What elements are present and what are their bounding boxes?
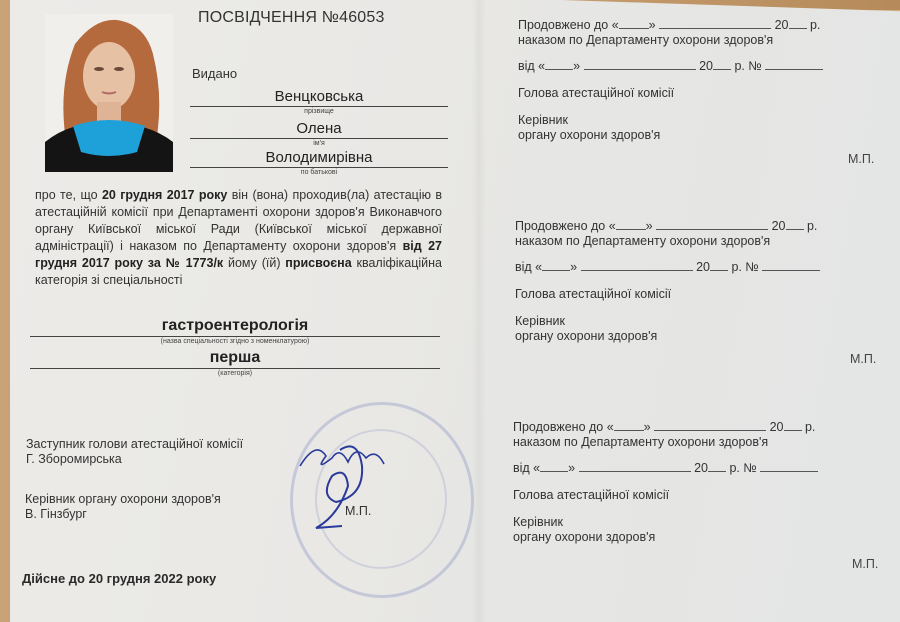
chair-label: Голова атестаційної комісії [515, 287, 845, 302]
extended-to-label: Продовжено до « [513, 420, 614, 434]
certificate-title: ПОСВІДЧЕННЯ №46053 [198, 9, 385, 27]
number-label: р. № [734, 59, 761, 73]
head-label-2: органу охорони здоров'я [515, 329, 845, 344]
extension-1-stamp-place: М.П. [848, 152, 874, 166]
patronymic-caption: по батькові [190, 168, 448, 177]
specialty-caption: (назва спеціальності згідно з номенклату… [30, 337, 440, 347]
first-name-value: Олена [190, 120, 448, 137]
number-blank [762, 259, 820, 271]
assigned-word: присвоєна [285, 256, 351, 270]
valid-until: Дійсне до 20 грудня 2022 року [22, 571, 216, 586]
issued-label: Видано [192, 66, 237, 81]
patronymic-field: Володимирівна по батькові [190, 149, 448, 177]
category-field: перша (категорія) [30, 349, 440, 379]
quote-close: » [646, 219, 653, 233]
number-label: р. № [729, 461, 756, 475]
head-name: В. Гінзбург [25, 507, 221, 522]
chair-label: Голова атестаційної комісії [513, 488, 843, 503]
day-blank [540, 460, 568, 472]
holder-photo [45, 14, 173, 172]
year-prefix: 20 [694, 461, 708, 475]
quote-close: » [568, 461, 575, 475]
year-blank [784, 419, 802, 431]
year-prefix: 20 [772, 219, 786, 233]
year-prefix: 20 [775, 18, 789, 32]
body-part-1: про те, що [35, 188, 102, 202]
extended-to-label: Продовжено до « [518, 18, 619, 32]
year-blank [789, 17, 807, 29]
body-part-3: йому (їй) [223, 256, 285, 270]
portrait-image [45, 14, 173, 172]
from-label: від « [515, 260, 542, 274]
patronymic-value: Володимирівна [190, 149, 448, 166]
specialty-value: гастроентерологія [30, 317, 440, 335]
head-label-2: органу охорони здоров'я [513, 530, 843, 545]
page-fold [472, 0, 486, 622]
extension-2-stamp-place: М.П. [850, 352, 876, 366]
extension-block-2: Продовжено до «» 20 р. наказом по Департ… [515, 218, 845, 344]
quote-close: » [570, 260, 577, 274]
surname-field: Венцковська прізвище [190, 88, 448, 116]
day-blank [616, 218, 646, 230]
head-signatory: Керівник органу охорони здоров'я В. Гінз… [25, 492, 221, 522]
month-blank [654, 419, 766, 431]
order-line: наказом по Департаменту охорони здоров'я [515, 234, 845, 249]
head-title: Керівник органу охорони здоров'я [25, 492, 221, 507]
day-blank [542, 259, 570, 271]
year-blank [713, 58, 731, 70]
month-blank [581, 259, 693, 271]
deputy-signatory: Заступник голови атестаційної комісії Г.… [26, 437, 243, 467]
deputy-name: Г. Зборомирська [26, 452, 243, 467]
year-suffix: р. [810, 18, 820, 32]
quote-close: » [644, 420, 651, 434]
year-suffix: р. [805, 420, 815, 434]
extension-block-1: Продовжено до «» 20 р. наказом по Департ… [518, 17, 848, 143]
month-blank [579, 460, 691, 472]
category-value: перша [30, 349, 440, 367]
order-line: наказом по Департаменту охорони здоров'я [518, 33, 848, 48]
number-label: р. № [731, 260, 758, 274]
from-label: від « [518, 59, 545, 73]
category-caption: (категорія) [30, 369, 440, 379]
attestation-date: 20 грудня 2017 року [102, 188, 227, 202]
number-blank [765, 58, 823, 70]
year-suffix: р. [807, 219, 817, 233]
day-blank [545, 58, 573, 70]
surname-caption: прізвище [190, 107, 448, 116]
year-prefix: 20 [770, 420, 784, 434]
month-blank [584, 58, 696, 70]
extension-3-stamp-place: М.П. [852, 557, 878, 571]
first-name-caption: ім'я [190, 139, 448, 148]
day-blank [614, 419, 644, 431]
extension-block-3: Продовжено до «» 20 р. наказом по Департ… [513, 419, 843, 545]
head-label-1: Керівник [515, 314, 845, 329]
quote-close: » [573, 59, 580, 73]
extended-to-label: Продовжено до « [515, 219, 616, 233]
month-blank [659, 17, 771, 29]
year-blank [708, 460, 726, 472]
deputy-title: Заступник голови атестаційної комісії [26, 437, 243, 452]
number-blank [760, 460, 818, 472]
month-blank [656, 218, 768, 230]
year-blank [710, 259, 728, 271]
attestation-text: про те, що 20 грудня 2017 року він (вона… [35, 187, 442, 289]
year-prefix: 20 [696, 260, 710, 274]
specialty-field: гастроентерологія (назва спеціальності з… [30, 317, 440, 347]
chair-label: Голова атестаційної комісії [518, 86, 848, 101]
day-blank [619, 17, 649, 29]
year-blank [786, 218, 804, 230]
from-label: від « [513, 461, 540, 475]
quote-close: » [649, 18, 656, 32]
year-prefix: 20 [699, 59, 713, 73]
stamp-place-label: М.П. [345, 504, 371, 519]
signature-icon [296, 436, 392, 532]
head-label-1: Керівник [518, 113, 848, 128]
surname-value: Венцковська [190, 88, 448, 105]
first-name-field: Олена ім'я [190, 120, 448, 148]
head-label-2: органу охорони здоров'я [518, 128, 848, 143]
order-line: наказом по Департаменту охорони здоров'я [513, 435, 843, 450]
head-label-1: Керівник [513, 515, 843, 530]
